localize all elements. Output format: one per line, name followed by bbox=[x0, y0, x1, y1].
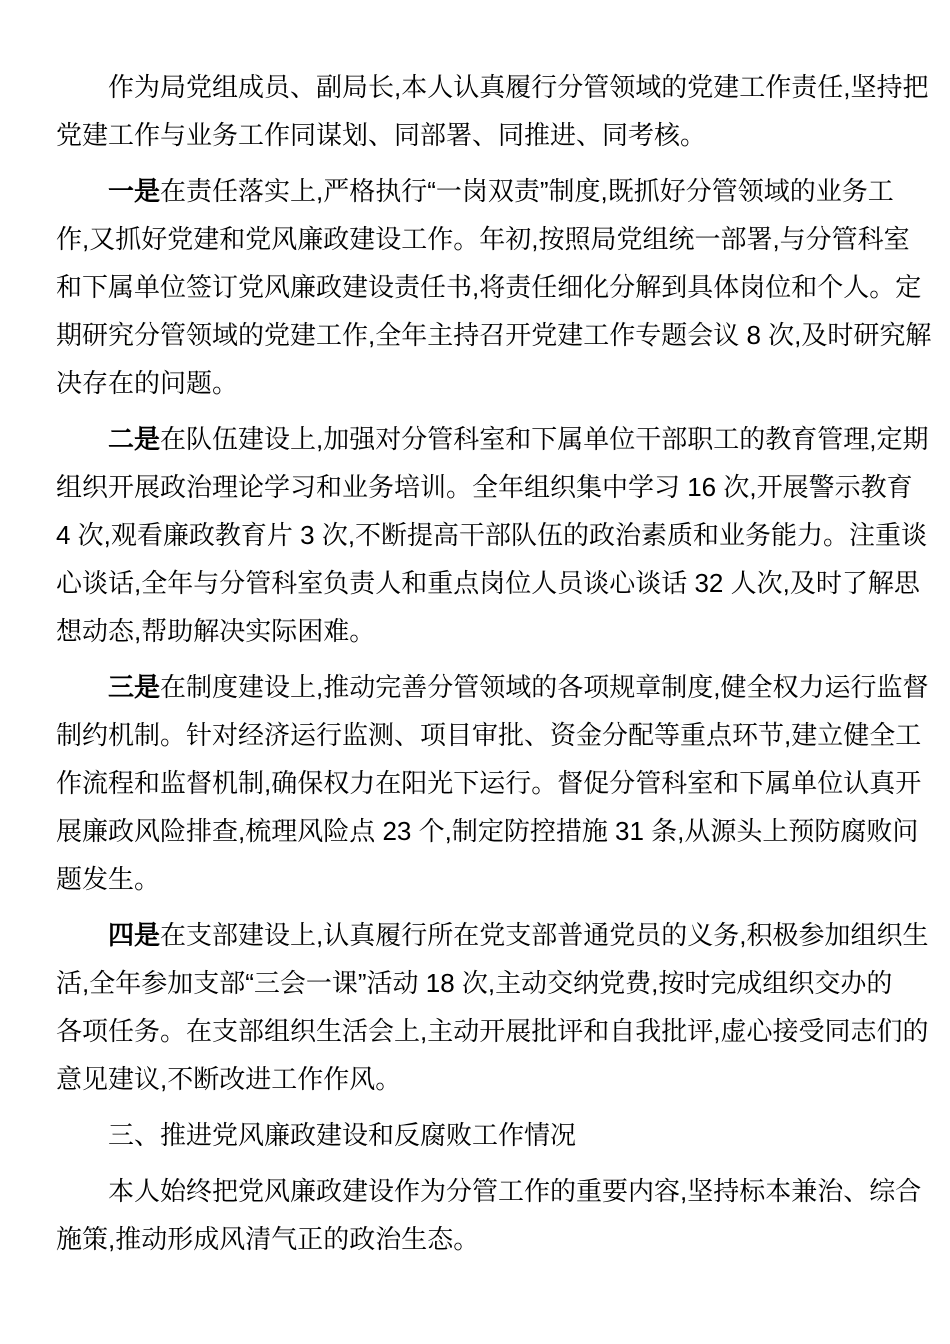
text-line: 三是在制度建设上,推动完善分管领域的各项规章制度,健全权力运行监督 bbox=[56, 663, 940, 711]
text-line: 二是在队伍建设上,加强对分管科室和下属单位干部职工的教育管理,定期 bbox=[56, 415, 940, 463]
text-line: 意见建议,不断改进工作作风。 bbox=[56, 1055, 940, 1103]
paragraph: 本人始终把党风廉政建设作为分管工作的重要内容,坚持标本兼治、综合施策,推动形成风… bbox=[56, 1167, 940, 1263]
text-line: 活,全年参加支部“三会一课”活动 18 次,主动交纳党费,按时完成组织交办的 bbox=[56, 959, 940, 1007]
text-line: 展廉政风险排查,梳理风险点 23 个,制定防控措施 31 条,从源头上预防腐败问 bbox=[56, 807, 940, 855]
text-line: 4 次,观看廉政教育片 3 次,不断提高干部队伍的政治素质和业务能力。注重谈 bbox=[56, 511, 940, 559]
text-line: 想动态,帮助解决实际困难。 bbox=[56, 607, 940, 655]
text-line-content: 在制度建设上,推动完善分管领域的各项规章制度,健全权力运行监督 bbox=[160, 672, 928, 702]
text-line: 决存在的问题。 bbox=[56, 359, 940, 407]
section-heading: 三、推进党风廉政建设和反腐败工作情况 bbox=[56, 1111, 940, 1159]
text-line-content: 在责任落实上,严格执行“一岗双责”制度,既抓好分管领域的业务工 bbox=[160, 176, 894, 206]
paragraph: 三是在制度建设上,推动完善分管领域的各项规章制度,健全权力运行监督制约机制。针对… bbox=[56, 663, 940, 903]
text-line: 期研究分管领域的党建工作,全年主持召开党建工作专题会议 8 次,及时研究解 bbox=[56, 311, 940, 359]
text-line: 制约机制。针对经济运行监测、项目审批、资金分配等重点环节,建立健全工 bbox=[56, 711, 940, 759]
text-line: 作,又抓好党建和党风廉政建设工作。年初,按照局党组统一部署,与分管科室 bbox=[56, 215, 940, 263]
text-line: 和下属单位签订党风廉政建设责任书,将责任细化分解到具体岗位和个人。定 bbox=[56, 263, 940, 311]
text-line: 党建工作与业务工作同谋划、同部署、同推进、同考核。 bbox=[56, 111, 940, 159]
text-line: 心谈话,全年与分管科室负责人和重点岗位人员谈心谈话 32 人次,及时了解思 bbox=[56, 559, 940, 607]
paragraph: 四是在支部建设上,认真履行所在党支部普通党员的义务,积极参加组织生活,全年参加支… bbox=[56, 911, 940, 1103]
text-line: 作流程和监督机制,确保权力在阳光下运行。督促分管科室和下属单位认真开 bbox=[56, 759, 940, 807]
text-line-content: 在队伍建设上,加强对分管科室和下属单位干部职工的教育管理,定期 bbox=[160, 424, 928, 454]
paragraph: 二是在队伍建设上,加强对分管科室和下属单位干部职工的教育管理,定期组织开展政治理… bbox=[56, 415, 940, 655]
paragraph-lead: 二是 bbox=[108, 424, 160, 454]
text-line: 作为局党组成员、副局长,本人认真履行分管领域的党建工作责任,坚持把 bbox=[56, 63, 940, 111]
paragraph-lead: 一是 bbox=[108, 176, 160, 206]
text-line: 各项任务。在支部组织生活会上,主动开展批评和自我批评,虚心接受同志们的 bbox=[56, 1007, 940, 1055]
paragraph: 作为局党组成员、副局长,本人认真履行分管领域的党建工作责任,坚持把党建工作与业务… bbox=[56, 63, 940, 159]
document-page: 作为局党组成员、副局长,本人认真履行分管领域的党建工作责任,坚持把党建工作与业务… bbox=[0, 0, 950, 1344]
text-line: 一是在责任落实上,严格执行“一岗双责”制度,既抓好分管领域的业务工 bbox=[56, 167, 940, 215]
text-line: 施策,推动形成风清气正的政治生态。 bbox=[56, 1215, 940, 1263]
text-line: 题发生。 bbox=[56, 855, 940, 903]
paragraph-lead: 三是 bbox=[108, 672, 160, 702]
paragraph: 一是在责任落实上,严格执行“一岗双责”制度,既抓好分管领域的业务工作,又抓好党建… bbox=[56, 167, 940, 407]
text-line: 组织开展政治理论学习和业务培训。全年组织集中学习 16 次,开展警示教育 bbox=[56, 463, 940, 511]
text-line: 四是在支部建设上,认真履行所在党支部普通党员的义务,积极参加组织生 bbox=[56, 911, 940, 959]
text-line: 三、推进党风廉政建设和反腐败工作情况 bbox=[56, 1111, 940, 1159]
paragraph-lead: 四是 bbox=[108, 920, 160, 950]
text-line: 本人始终把党风廉政建设作为分管工作的重要内容,坚持标本兼治、综合 bbox=[56, 1167, 940, 1215]
document-content: 作为局党组成员、副局长,本人认真履行分管领域的党建工作责任,坚持把党建工作与业务… bbox=[56, 63, 940, 1263]
text-line-content: 在支部建设上,认真履行所在党支部普通党员的义务,积极参加组织生 bbox=[160, 920, 928, 950]
